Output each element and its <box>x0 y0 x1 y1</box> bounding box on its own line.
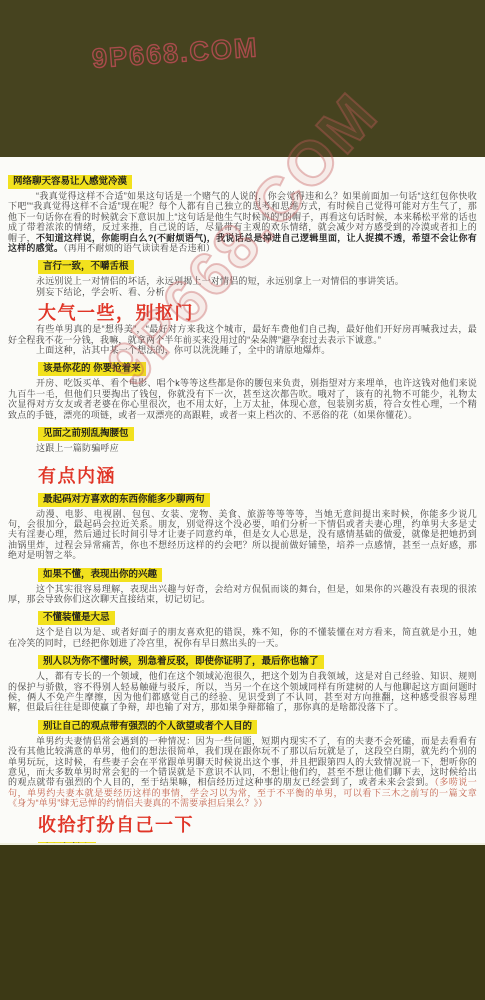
section-heading: 收拾打扮自己一下 <box>38 815 477 835</box>
sub-heading: 见面之前别乱掏腰包 <box>38 427 134 441</box>
sub-heading: 网络聊天容易让人感觉冷漠 <box>8 175 132 189</box>
sub-heading-row: 最起码对方喜欢的东西你能多少聊两句 <box>38 489 477 507</box>
paragraph: 别妄下结论，学会听、看、分析 <box>8 287 477 297</box>
paragraph: 永远别说上一对情侣的坏话，永远别揭上一对情侣的短，永远别拿上一对情侣的事讲笑话。 <box>8 276 477 286</box>
bottom-band <box>0 843 485 1000</box>
paragraph: “我真觉得这样不合适”如果这句话是一个赌气的人说的，你会觉得违和么？如果前面加一… <box>8 191 477 253</box>
sub-heading: 别人以为你不懂时候，别急着反驳，即使你证明了，最后你也输了 <box>38 655 324 669</box>
sub-heading-row: 该是你花的 你要抢着来 <box>38 358 477 376</box>
sub-heading-row: 不懂装懂是大忌 <box>38 607 477 625</box>
section-heading: 大气一些，别抠门 <box>38 303 477 323</box>
sub-heading: 该是你花的 你要抢着来 <box>38 362 146 376</box>
paragraph: 单男约夫妻情侣常会遇到的一种情况：因为一些问题，短期内现实不了，有的夫妻不会死磕… <box>8 736 477 809</box>
paragraph: 动漫、电影、电视剧、包包、女装、宠物、美食、旅游等等等等，当她无意间提出来时候，… <box>8 509 477 561</box>
sub-heading: 如果不懂，表现出你的兴趣 <box>38 568 162 582</box>
paragraph: 这个是自以为是、或者好面子的朋友喜欢犯的错误，殊不知，你的不懂装懂在对方看来，简… <box>8 627 477 648</box>
sub-heading-row: 别让自己的观点带有强烈的个人欲望或者个人目的 <box>38 716 477 734</box>
sub-heading: 最起码对方喜欢的东西你能多少聊两句 <box>38 493 210 507</box>
sub-heading-row: 言行一致，不嚼舌根 <box>38 256 477 274</box>
paragraph: 上面这种，沾其中某一个想法的，你可以洗洗睡了，全中的请原地爆炸。 <box>8 345 477 355</box>
sub-heading: 不懂装懂是大忌 <box>38 611 115 625</box>
sub-heading-row: 如果不懂，表现出你的兴趣 <box>38 564 477 582</box>
sub-heading: 别让自己的观点带有强烈的个人欲望或者个人目的 <box>38 720 257 734</box>
site-watermark: 9P668.COM <box>91 32 259 75</box>
paragraph-text: （再用不耐烦的语气读读看是否违和） <box>63 243 215 253</box>
page: 9P668.COM 网络聊天容易让人感觉冷漠 “我真觉得这样不合适”如果这句话是… <box>0 0 485 1000</box>
sub-heading: 言行一致，不嚼舌根 <box>38 260 134 274</box>
article-content: 网络聊天容易让人感觉冷漠 “我真觉得这样不合适”如果这句话是一个赌气的人说的，你… <box>0 157 485 843</box>
paragraph: 这个其实很容易理解，表现出兴趣与好奇，会给对方侃侃而谈的舞台，但是，如果你的兴趣… <box>8 584 477 605</box>
paragraph-text: 单男约夫妻情侣常会遇到的一种情况：因为一些问题，短期内现实不了，有的夫妻不会死磕… <box>8 736 477 788</box>
paragraph: 开房、吃饭买单、看个电影、唱个k等等这些都是你的腰包来负责，别指望对方来埋单，也… <box>8 378 477 420</box>
top-band: 9P668.COM <box>0 0 485 157</box>
sub-heading-row: 网络聊天容易让人感觉冷漠 <box>8 171 477 189</box>
section-heading: 有点内涵 <box>38 466 477 486</box>
sub-heading-row: 别人以为你不懂时候，别急着反驳，即使你证明了，最后你也输了 <box>38 651 477 669</box>
sub-heading-row: 见面之前别乱掏腰包 <box>38 423 477 441</box>
paragraph: 人，都有专长的一个领域，他们在这个领域沁泡很久，把这个划为自我领域，这是对自己经… <box>8 671 477 713</box>
paragraph: 这跟上一篇防骗呼应 <box>8 443 477 453</box>
paragraph: 有些单男真的是“想得美”，“最好对方来我这个城市，最好车费他们自己掏，最好他们开… <box>8 324 477 345</box>
